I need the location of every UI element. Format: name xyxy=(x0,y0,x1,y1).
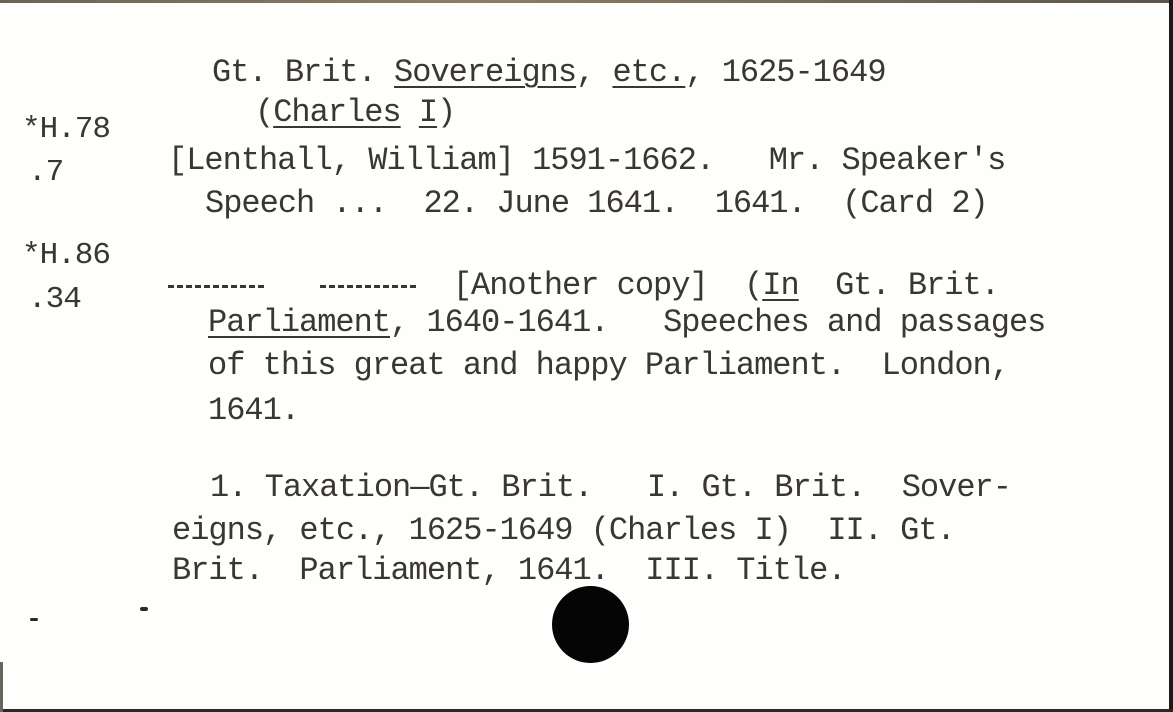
heading-dates: , 1625-1649 xyxy=(685,54,885,91)
in-label: In xyxy=(762,267,798,304)
card-top-edge xyxy=(0,0,1173,3)
parliament-underlined: Parliament xyxy=(208,304,390,341)
heading-roman: I xyxy=(419,94,437,131)
card-right-edge xyxy=(1169,0,1173,712)
call-number-1-line-2: .7 xyxy=(28,157,63,188)
call-number-2-line-2: .34 xyxy=(28,284,81,315)
ink-speck xyxy=(30,618,38,621)
heading-open-paren: ( xyxy=(255,94,273,131)
author-dash-1 xyxy=(168,285,264,288)
entry-2-line-2: Parliament, 1640-1641. Speeches and pass… xyxy=(208,307,1045,339)
tracings-line-2: eigns, etc., 1625-1649 (Charles I) II. G… xyxy=(172,515,955,547)
entry-2-line-4: 1641. xyxy=(208,395,299,427)
heading-prefix: Gt. Brit. xyxy=(212,54,394,91)
heading-line-1: Gt. Brit. Sovereigns, etc., 1625-1649 xyxy=(212,57,886,89)
author-dash-2 xyxy=(320,285,416,288)
heading-comma: , xyxy=(576,54,612,91)
in-gt-brit: Gt. Brit. xyxy=(799,267,999,304)
heading-etc: etc. xyxy=(612,54,685,91)
punch-hole xyxy=(552,586,629,663)
heading-line-2: (Charles I) xyxy=(255,97,455,129)
tracings-line-3: Brit. Parliament, 1641. III. Title. xyxy=(172,555,846,587)
card-left-edge xyxy=(0,662,3,712)
entry-2-line-1: [Another copy] (In Gt. Brit. xyxy=(168,270,999,302)
call-number-1-line-1: *H.78 xyxy=(22,114,110,145)
heading-sovereigns: Sovereigns xyxy=(394,54,576,91)
tracings-line-1: 1. Taxation—Gt. Brit. I. Gt. Brit. Sover… xyxy=(210,472,1011,504)
call-number-2-line-1: *H.86 xyxy=(22,240,110,271)
entry-1-line-1: [Lenthall, William] 1591-1662. Mr. Speak… xyxy=(168,145,1005,177)
ink-speck xyxy=(140,607,148,611)
entry-2-line-3: of this great and happy Parliament. Lond… xyxy=(208,350,1009,382)
another-copy-text: [Another copy] ( xyxy=(453,267,762,304)
entry-1-line-2: Speech ... 22. June 1641. 1641. (Card 2) xyxy=(205,188,988,220)
heading-charles: Charles xyxy=(273,94,400,131)
heading-space xyxy=(401,94,419,131)
catalog-card: Gt. Brit. Sovereigns, etc., 1625-1649 (C… xyxy=(0,0,1173,712)
heading-close-paren: ) xyxy=(437,94,455,131)
entry-2-line-2-rest: , 1640-1641. Speeches and passages xyxy=(390,304,1045,341)
